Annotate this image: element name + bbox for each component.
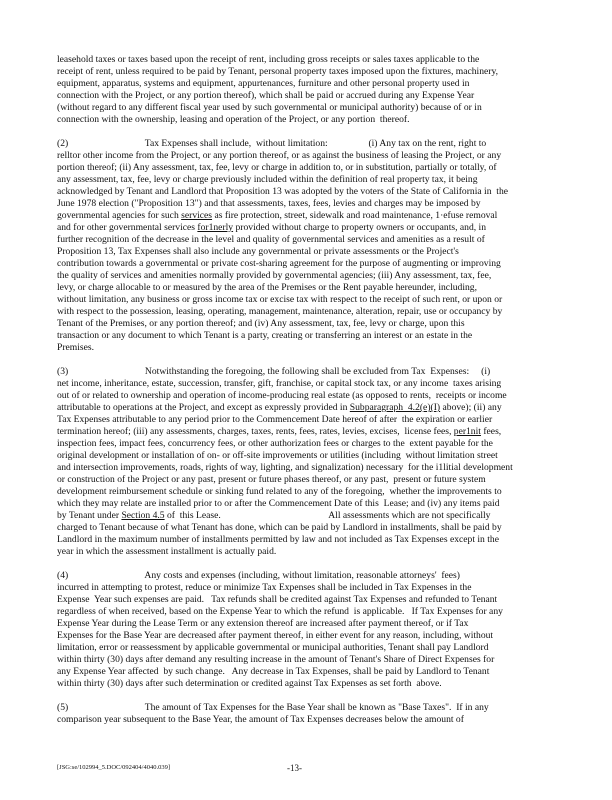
text-line: by Tenant under Section 4.5 of this Leas…	[57, 510, 490, 522]
text-line: termination hereof; (iii) any assessment…	[57, 426, 501, 438]
text-line: attributable to operations at the Projec…	[57, 402, 502, 414]
text-line: or construction of the Project or any pa…	[57, 474, 486, 486]
text-line: without limitation, any business or gros…	[57, 294, 502, 306]
text-line: connection with the ownership, leasing a…	[57, 114, 409, 126]
text-line: comparison year subsequent to the Base Y…	[57, 714, 464, 726]
text-line: leasehold taxes or taxes based upon the …	[57, 54, 479, 66]
text-line: Expense Year during the Lease Term or an…	[57, 618, 468, 630]
text-line: Premises.	[57, 342, 94, 354]
text-line: any Expense Year affected by such change…	[57, 666, 489, 678]
text-line: inspection fees, impact fees, concurrenc…	[57, 438, 493, 450]
text-line: (5) The amount of Tax Expenses for the B…	[57, 702, 489, 714]
text-line: (without regard to any different fiscal …	[57, 102, 482, 114]
text-line: levy, or charge allocable to or measured…	[57, 282, 477, 294]
text-line: relltor other income from the Project, o…	[57, 150, 501, 162]
text-line: acknowledged by Tenant and Landlord that…	[57, 186, 508, 198]
text-line: within thirty (30) days after demand any…	[57, 654, 494, 666]
text-line: limitation, error or reassessment by app…	[57, 642, 489, 654]
text-line: incurred in attempting to protest, reduc…	[57, 582, 471, 594]
text-line: any assessment, tax, fee, levy or charge…	[57, 174, 478, 186]
text-line: and for other governmental services for1…	[57, 222, 486, 234]
text-line: within thirty (30) days after such deter…	[57, 678, 442, 690]
text-line: charged to Tenant because of what Tenant…	[57, 522, 502, 534]
text-line: which they may relate are installed prio…	[57, 498, 500, 510]
text-line: Landlord in the maximum number of instal…	[57, 534, 499, 546]
text-line: transaction or any document to which Ten…	[57, 330, 472, 342]
text-line: governmental agencies for such services …	[57, 210, 497, 222]
text-line: (2) Tax Expenses shall include, without …	[57, 138, 486, 150]
text-line: the quality of services and amenities no…	[57, 270, 491, 282]
underlined-term: for1nerly	[197, 222, 233, 233]
underlined-term: services	[181, 210, 212, 221]
text-line: and intersection improvements, roads, ri…	[57, 462, 513, 474]
text-line: year in which the assessment installment…	[57, 546, 276, 558]
text-line: connection with the Project, or any port…	[57, 90, 474, 102]
text-line: (3) Notwithstanding the foregoing, the f…	[57, 366, 490, 378]
text-line: development reimbursement schedule or si…	[57, 486, 502, 498]
underlined-term: Subparagraph 4.2(e)(I)	[350, 402, 440, 413]
text-line: original development or installation of …	[57, 450, 498, 462]
text-line: further recognition of the decrease in t…	[57, 234, 485, 246]
text-line: Expenses for the Base Year are decreased…	[57, 630, 493, 642]
text-line: Expense Year such expenses are paid. Tax…	[57, 594, 497, 606]
underlined-term: Section 4.5	[121, 510, 164, 521]
underlined-term: per1nit	[454, 426, 481, 437]
footer-doc-id: [JSG:se/102994_5.DOC/092404/4040.039]	[57, 764, 170, 771]
text-line: June 1978 election ("Proposition 13") an…	[57, 198, 481, 210]
text-line: with respect to the possession, leasing,…	[57, 306, 502, 318]
footer-page-number: -13-	[287, 763, 302, 773]
text-line: (4) Any costs and expenses (including, w…	[57, 570, 460, 582]
text-line: Proposition 13, Tax Expenses shall also …	[57, 246, 459, 258]
text-line: contribution towards a governmental or p…	[57, 258, 501, 270]
text-line: equipment, apparatus, systems and equipm…	[57, 78, 469, 90]
text-line: receipt of rent, unless required to be p…	[57, 66, 498, 78]
text-line: out of or related to ownership and opera…	[57, 390, 507, 402]
text-line: portion thereof; (ii) Any assessment, ta…	[57, 162, 497, 174]
text-line: Tenant of the Premises, or any portion t…	[57, 318, 465, 330]
text-line: net income, inheritance, estate, success…	[57, 378, 501, 390]
text-line: regardless of when received, based on th…	[57, 606, 503, 618]
text-line: Tax Expenses attributable to any period …	[57, 414, 492, 426]
